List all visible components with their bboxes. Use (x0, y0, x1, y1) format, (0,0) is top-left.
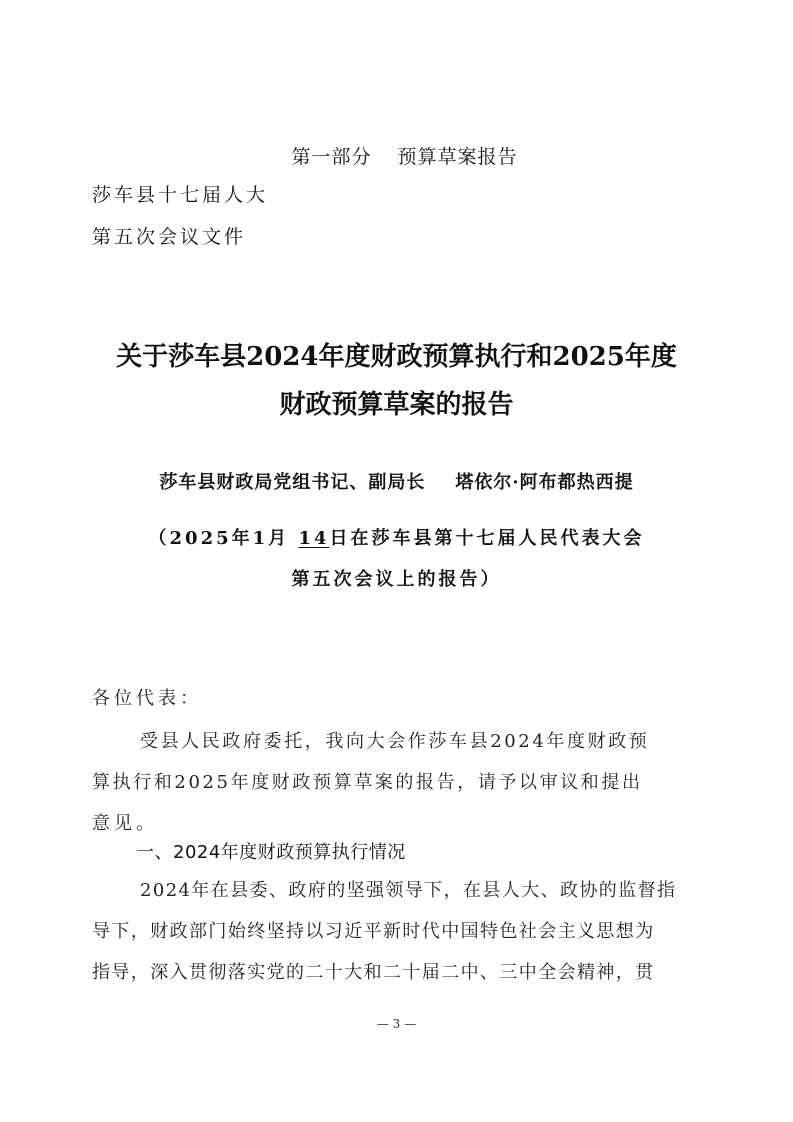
author-line: 莎车县财政局党组书记、副局长塔依尔·阿布都热西提 (0, 468, 793, 494)
occasion-date-prefix: （2025年1月 (149, 528, 290, 549)
section-heading: 一、2024年度财政预算执行情况 (136, 838, 406, 864)
paragraph1-line3: 意见。 (92, 809, 710, 835)
part-label: 第一部分 (291, 146, 371, 168)
part-heading: 第一部分预算草案报告 (0, 142, 793, 169)
occasion-line1: （2025年1月 14日在莎车县第十七届人民代表大会 (0, 524, 793, 550)
occasion-suffix: 日在莎车县第十七届人民代表大会 (329, 528, 644, 549)
author-position: 莎车县财政局党组书记、副局长 (159, 472, 425, 493)
report-title-line2: 财政预算草案的报告 (0, 384, 793, 421)
paragraph2-line3: 指导，深入贯彻落实党的二十大和二十届二中、三中全会精神，贯 (92, 958, 710, 984)
document-label-session: 莎车县十七届人大 (92, 180, 268, 207)
occasion-day: 14 (298, 528, 329, 549)
salutation: 各位代表： (92, 684, 710, 710)
report-title-line1: 关于莎车县2024年度财政预算执行和2025年度 (0, 336, 793, 373)
paragraph2-line2: 导下，财政部门始终坚持以习近平新时代中国特色社会主义思想为 (92, 917, 710, 943)
page-number: — 3 — (0, 1017, 793, 1031)
paragraph2-line1: 2024年在县委、政府的坚强领导下，在县人大、政协的监督指 (140, 876, 758, 902)
author-name: 塔依尔·阿布都热西提 (455, 472, 633, 493)
paragraph1-line1: 受县人民政府委托，我向大会作莎车县2024年度财政预 (140, 727, 758, 753)
paragraph1-line2: 算执行和2025年度财政预算草案的报告，请予以审议和提出 (92, 768, 710, 794)
occasion-line2: 第五次会议上的报告） (0, 565, 793, 591)
document-label-meeting: 第五次会议文件 (92, 222, 246, 249)
part-title: 预算草案报告 (398, 146, 518, 168)
